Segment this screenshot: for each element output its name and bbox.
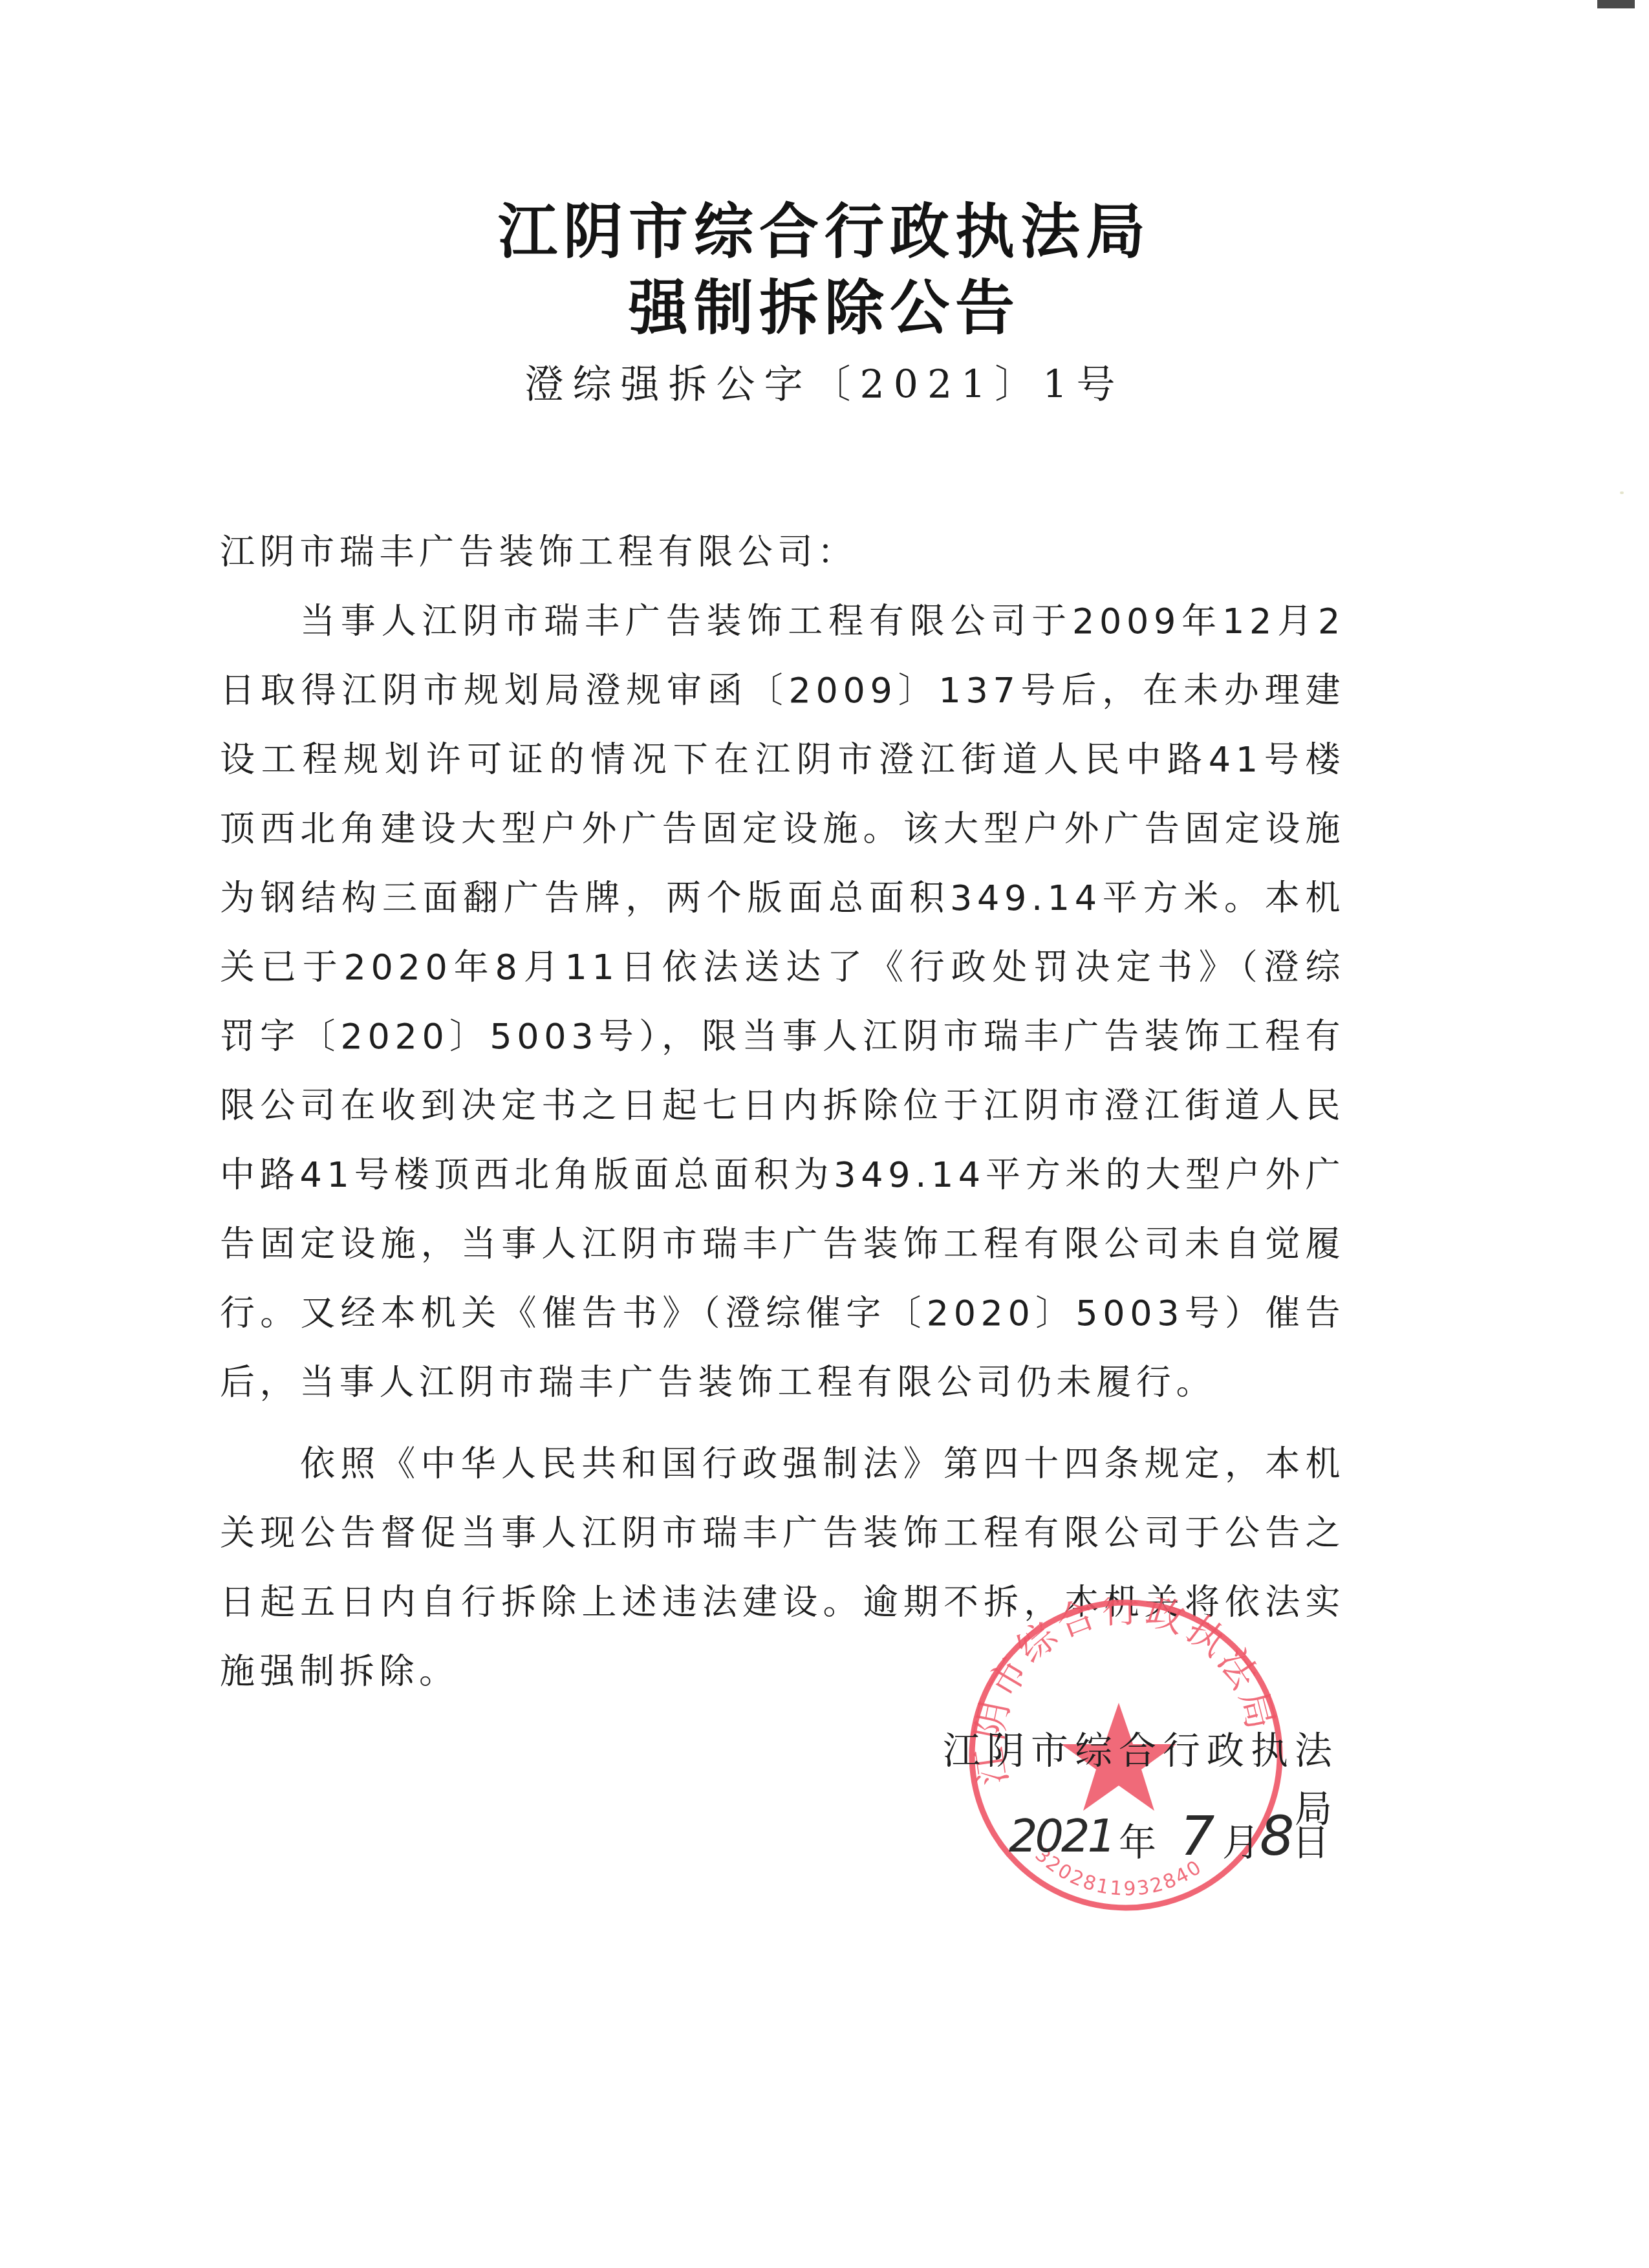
date-day: 8 — [1260, 1804, 1294, 1868]
scan-speck — [1620, 491, 1624, 494]
document-number: 澄综强拆公字〔2021〕1号 — [0, 362, 1649, 407]
issue-date: 2021 年 7 月 8 日 — [1009, 1804, 1332, 1875]
page-title: 江阴市综合行政执法局 — [0, 199, 1649, 264]
date-day-unit: 日 — [1292, 1812, 1330, 1866]
date-month-unit: 月 — [1222, 1812, 1260, 1866]
scan-artifact-bar — [1597, 0, 1635, 8]
date-year: 2021 — [1009, 1809, 1114, 1863]
addressee: 江阴市瑞丰广告装饰工程有限公司： — [220, 517, 1345, 587]
paragraph-decision: 依照《中华人民共和国行政强制法》第四十四条规定，本机关现公告督促当事人江阴市瑞丰… — [220, 1429, 1345, 1706]
date-year-unit: 年 — [1119, 1812, 1156, 1866]
date-month: 7 — [1180, 1804, 1214, 1868]
paragraph-facts: 当事人江阴市瑞丰广告装饰工程有限公司于2009年12月2日取得江阴市规划局澄规审… — [220, 587, 1345, 1417]
page-subtitle: 强制拆除公告 — [0, 275, 1649, 340]
notice-body: 江阴市瑞丰广告装饰工程有限公司： 当事人江阴市瑞丰广告装饰工程有限公司于2009… — [220, 517, 1345, 1706]
